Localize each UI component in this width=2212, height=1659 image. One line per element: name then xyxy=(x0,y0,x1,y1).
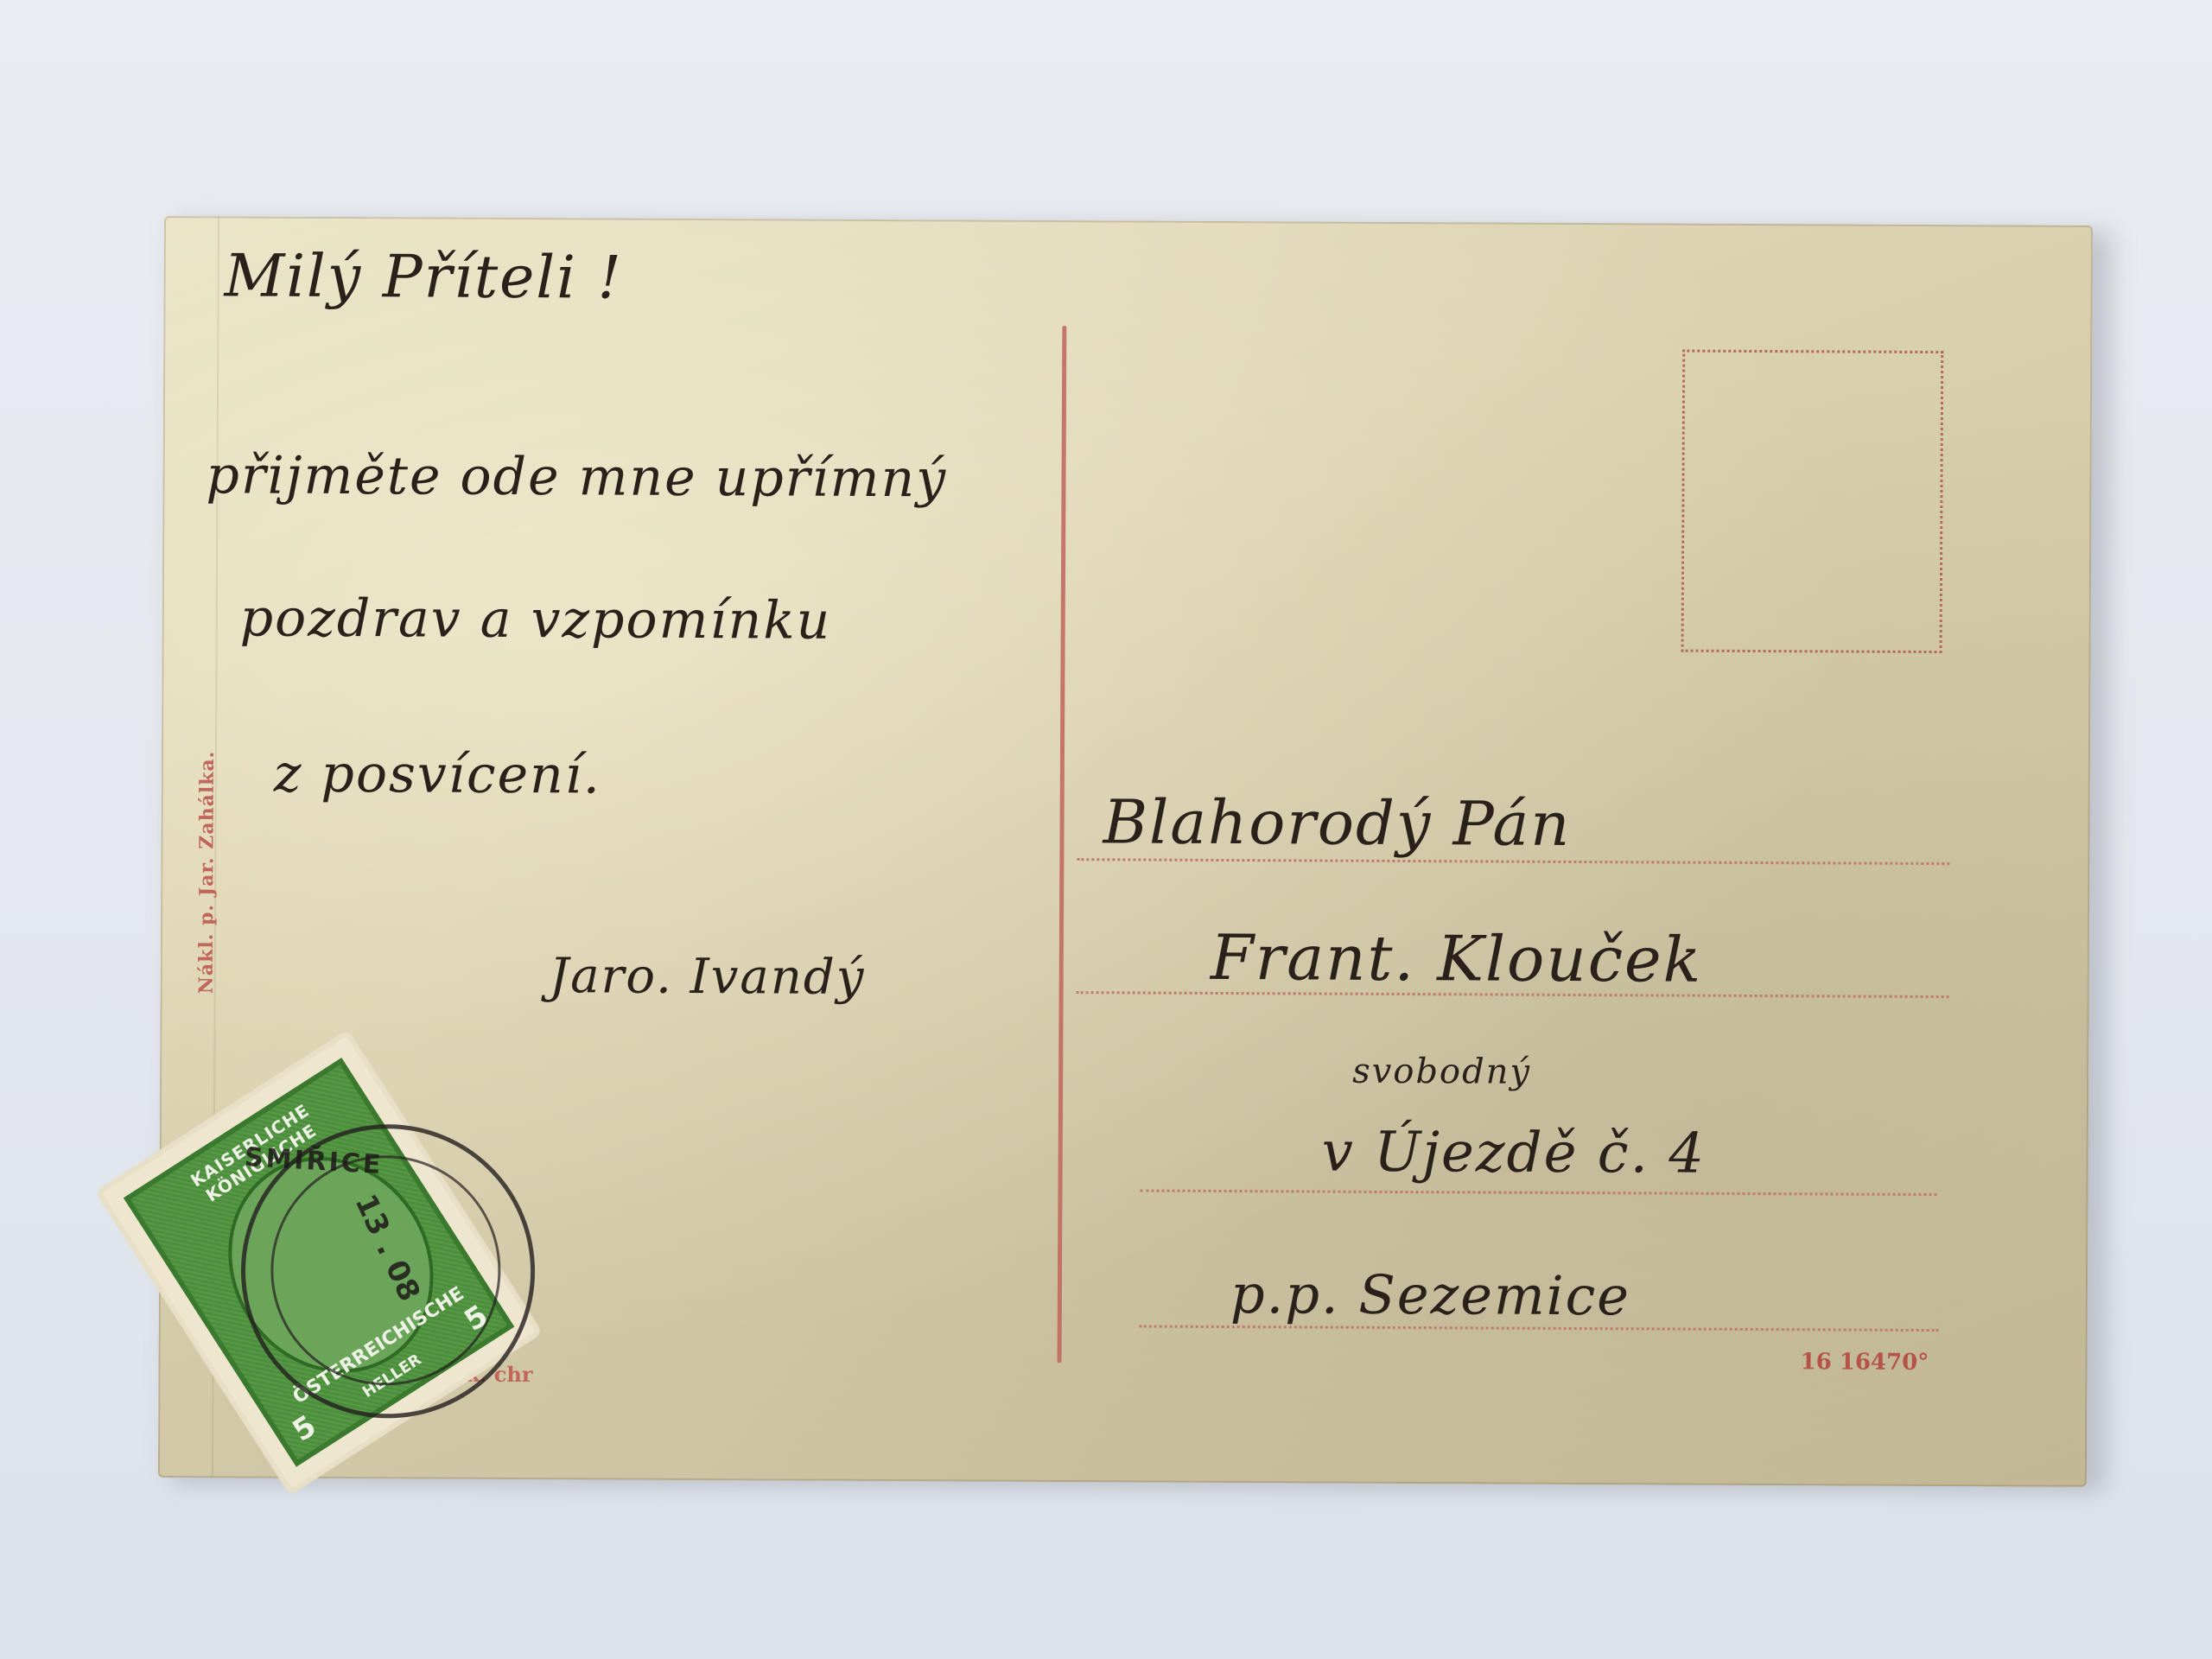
message-line-2: pozdrav a vzpomínku xyxy=(240,588,832,651)
postcard: Nákl. p. Jar. Zahálka. Milý Příteli ! př… xyxy=(158,216,2093,1487)
publisher-imprint: Nákl. p. Jar. Zahálka. xyxy=(195,751,219,995)
address-line-1: Blahorodý Pán xyxy=(1103,786,1571,860)
signature: Jaro. Ivandý xyxy=(550,948,866,1006)
stamp-placement-box xyxy=(1681,350,1944,653)
message-line-1: přijměte ode mne upřímný xyxy=(206,445,947,509)
center-divider xyxy=(1058,326,1067,1363)
greeting: Milý Příteli ! xyxy=(224,242,623,312)
address-line-3: svobodný xyxy=(1352,1052,1531,1092)
address-line-2: Frant. Klouček xyxy=(1211,921,1703,996)
message-line-3: z posvícení. xyxy=(274,744,601,806)
address-rule-3 xyxy=(1140,1190,1936,1197)
address-line-5: p.p. Sezemice xyxy=(1230,1262,1630,1327)
address-line-4: v Újezdě č. 4 xyxy=(1322,1121,1707,1186)
catalog-number: 16 16470° xyxy=(1800,1349,1929,1376)
